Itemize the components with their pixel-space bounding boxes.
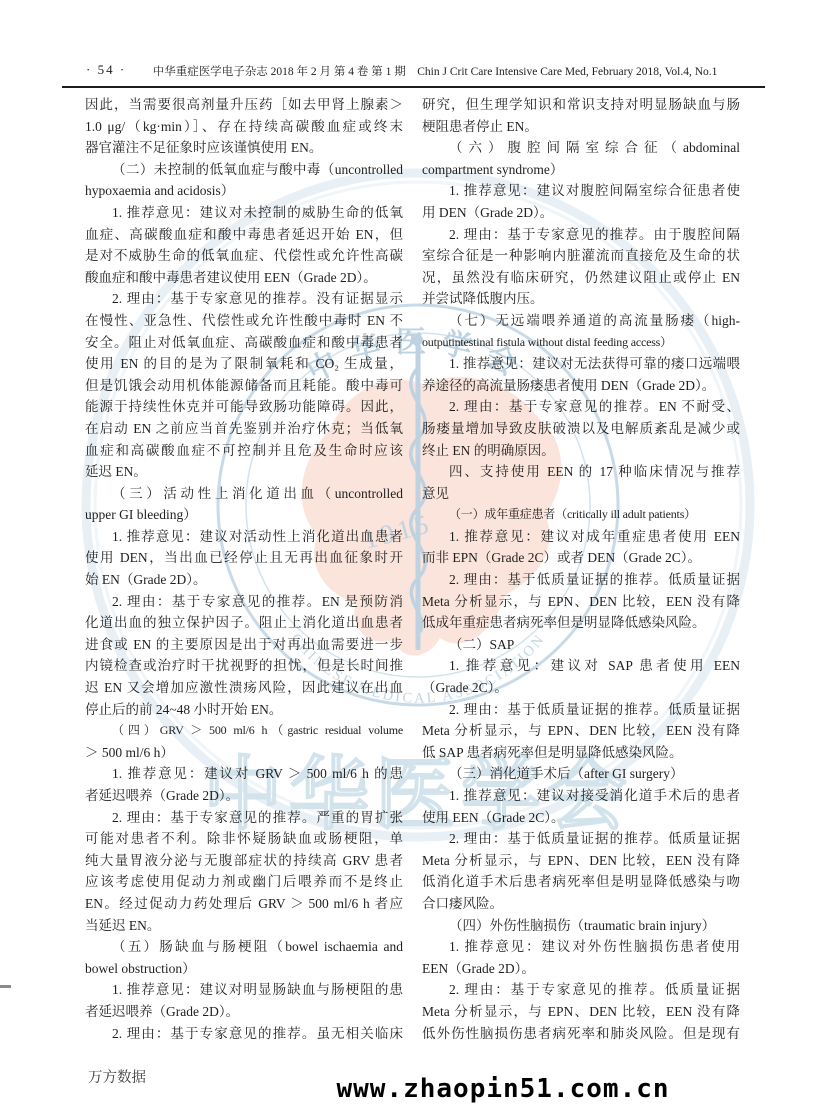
text-line: 研究，但生理学知识和常识支持对明显肠缺血与肠 (422, 94, 740, 116)
journal-page: · 54 · 中华重症医学电子杂志 2018 年 2 月 第 4 卷 第 1 期… (0, 0, 825, 1111)
text-line: 始 EN（Grade 2D）。 (85, 569, 403, 591)
wanfang-data-label: 万方数据 (88, 1066, 146, 1087)
text-line: （二）SAP (422, 634, 740, 656)
text-line: 2. 理由：基于低质量证据的推荐。低质量证据 (422, 828, 740, 850)
text-line: 四、支持使用 EEN 的 17 种临床情况与推荐 (422, 461, 740, 483)
text-line: upper GI bleeding） (85, 504, 403, 526)
text-line: 延迟 EN。 (85, 461, 403, 483)
text-line: 能源于持续性休克并可能导致肠功能障碍。因此， (85, 396, 403, 418)
text-line: 血症、高碳酸血症和酸中毒患者延迟开始 EN，但 (85, 224, 403, 246)
text-line: 1. 推荐意见：建议对外伤性脑损伤患者使用 (422, 936, 740, 958)
text-line: 纯大量胃液分泌与无腹部症状的持续高 GRV 患者 (85, 850, 403, 872)
text-line: 化道出血的独立保护因子。阻止上消化道出血患者 (85, 612, 403, 634)
page-number: · 54 · (86, 62, 126, 78)
text-line: 安全。阻止对低氧血症、高碳酸血症和酸中毒患者 (85, 332, 403, 354)
text-line: 1. 推荐意见：建议对无法获得可靠的瘘口远端喂 (422, 353, 740, 375)
text-line: 低成年重症患者病死率但是明显降低感染风险。 (422, 612, 740, 634)
scan-artifact-dash (0, 985, 11, 988)
text-line: 血症和高碳酸血症不可控制并且危及生命时应该 (85, 440, 403, 462)
text-line: 低外伤性脑损伤患者病死率和肺炎风险。但是现有 (422, 1023, 740, 1045)
text-line: Meta 分析显示，与 EPN、DEN 比较，EEN 没有降 (422, 720, 740, 742)
text-line: 室综合征是一种影响内脏灌流而直接危及生命的状 (422, 245, 740, 267)
text-line: 因此，当需要很高剂量升压药［如去甲肾上腺素＞ (85, 94, 403, 116)
text-line: 意见 (422, 483, 740, 505)
text-line: 使用 EN 的目的是为了限制氧耗和 CO₂ 生成量， (85, 353, 403, 375)
text-line: 1. 推荐意见：建议对 SAP 患者使用 EEN (422, 655, 740, 677)
text-line: Meta 分析显示，与 EPN、DEN 比较，EEN 没有降 (422, 850, 740, 872)
text-line: （三）活动性上消化道出血（uncontrolled (85, 483, 403, 505)
text-line: EN。经过促动力药处理后 GRV ＞ 500 ml/6 h 者应 (85, 893, 403, 915)
text-line: （七）无远端喂养通道的高流量肠瘘（high- (422, 310, 740, 332)
text-line: 进食或 EN 的主要原因是出于对再出血需要进一步 (85, 634, 403, 656)
text-line: 2. 理由：基于专家意见的推荐。EN 不耐受、 (422, 396, 740, 418)
text-line: （三）消化道手术后（after GI surgery） (422, 763, 740, 785)
text-line: 使用 DEN，当出血已经停止且无再出血征象时开 (85, 547, 403, 569)
text-line: 2. 理由：基于专家意见的推荐。低质量证据 (422, 979, 740, 1001)
text-line: 是对不威胁生命的低氧血症、代偿性或允许性高碳 (85, 245, 403, 267)
text-line: 低消化道手术后患者病死率但是明显降低感染与吻 (422, 871, 740, 893)
text-line: outputintestinal fistula without distal … (422, 332, 740, 354)
text-line: 2. 理由：基于专家意见的推荐。由于腹腔间隔 (422, 224, 740, 246)
text-line: bowel obstruction） (85, 958, 403, 980)
text-line: 2. 理由：基于专家意见的推荐。没有证据显示 (85, 288, 403, 310)
text-line: （Grade 2C）。 (422, 677, 740, 699)
text-line: 者延迟喂养（Grade 2D）。 (85, 1001, 403, 1023)
text-line: 终止 EN 的明确原因。 (422, 440, 740, 462)
text-line: 可能对患者不利。除非怀疑肠缺血或肠梗阻，单 (85, 828, 403, 850)
header-rule (62, 86, 765, 88)
text-line: 用 DEN（Grade 2D）。 (422, 202, 740, 224)
text-line: 迟 EN 又会增加应激性溃疡风险，因此建议在出血 (85, 677, 403, 699)
text-line: 1. 推荐意见：建议对成年重症患者使用 EEN (422, 526, 740, 548)
text-line: 而非 EPN（Grade 2C）或者 DEN（Grade 2C）。 (422, 547, 740, 569)
text-line: （一）成年重症患者（critically ill adult patients） (422, 504, 740, 526)
text-line: 内镜检查或治疗时干扰视野的担忧，但是长时间推 (85, 655, 403, 677)
text-line: （五）肠缺血与肠梗阻（bowel ischaemia and (85, 936, 403, 958)
text-line: 并尝试降低腹内压。 (422, 288, 740, 310)
text-line: 1. 推荐意见：建议对 GRV ＞ 500 ml/6 h 的患 (85, 763, 403, 785)
text-line: 梗阻患者停止 EN。 (422, 116, 740, 138)
text-line: 低 SAP 患者病死率但是明显降低感染风险。 (422, 742, 740, 764)
text-line: 2. 理由：基于低质量证据的推荐。低质量证据 (422, 569, 740, 591)
text-line: 况，虽然没有临床研究，仍然建议阻止或停止 EN (422, 267, 740, 289)
text-line: hypoxaemia and acidosis） (85, 180, 403, 202)
text-line: 2. 理由：基于专家意见的推荐。EN 是预防消 (85, 591, 403, 613)
right-column: 研究，但生理学知识和常识支持对明显肠缺血与肠梗阻患者停止 EN。（六）腹腔间隔室… (422, 94, 740, 1044)
text-line: ＞ 500 ml/6 h） (85, 742, 403, 764)
text-line: 2. 理由：基于专家意见的推荐。虽无相关临床 (85, 1023, 403, 1045)
text-line: （四）外伤性脑损伤（traumatic brain injury） (422, 915, 740, 937)
left-column: 因此，当需要很高剂量升压药［如去甲肾上腺素＞1.0 μg/（kg·min）］、存… (85, 94, 403, 1044)
watermark-url: www.zhaopin51.com.cn (336, 1074, 669, 1104)
text-line: 合口瘘风险。 (422, 893, 740, 915)
journal-title-line: 中华重症医学电子杂志 2018 年 2 月 第 4 卷 第 1 期 Chin J… (153, 63, 718, 79)
text-line: 者延迟喂养（Grade 2D）。 (85, 785, 403, 807)
text-line: 2. 理由：基于低质量证据的推荐。低质量证据 (422, 699, 740, 721)
text-line: Meta 分析显示，与 EPN、DEN 比较，EEN 没有降 (422, 1001, 740, 1023)
text-line: （六）腹腔间隔室综合征（abdominal (422, 137, 740, 159)
text-line: 当延迟 EN。 (85, 915, 403, 937)
text-line: 1. 推荐意见：建议对活动性上消化道出血患者 (85, 526, 403, 548)
text-line: 1. 推荐意见：建议对未控制的威胁生命的低氧 (85, 202, 403, 224)
text-line: 但是饥饿会动用机体能源储备而且耗能。酸中毒可 (85, 375, 403, 397)
text-line: 1. 推荐意见：建议对接受消化道手术后的患者 (422, 785, 740, 807)
text-line: 器官灌注不足征象时应该谨慎使用 EN。 (85, 137, 403, 159)
text-line: Meta 分析显示，与 EPN、DEN 比较，EEN 没有降 (422, 591, 740, 613)
text-line: 在慢性、亚急性、代偿性或允许性酸中毒时 EN 不 (85, 310, 403, 332)
text-line: 肠瘘量增加导致皮肤破溃以及电解质紊乱是减少或 (422, 418, 740, 440)
text-line: 酸血症和酸中毒患者建议使用 EEN（Grade 2D）。 (85, 267, 403, 289)
text-line: （二）未控制的低氧血症与酸中毒（uncontrolled (85, 159, 403, 181)
text-line: compartment syndrome） (422, 159, 740, 181)
text-line: 应该考虑使用促动力剂或幽门后喂养而不是终止 (85, 871, 403, 893)
text-line: 1.0 μg/（kg·min）］、存在持续高碳酸血症或终末 (85, 116, 403, 138)
text-line: 使用 EEN（Grade 2C）。 (422, 807, 740, 829)
text-line: 1. 推荐意见：建议对明显肠缺血与肠梗阻的患 (85, 979, 403, 1001)
text-line: EEN（Grade 2D）。 (422, 958, 740, 980)
text-line: 1. 推荐意见：建议对腹腔间隔室综合征患者使 (422, 180, 740, 202)
text-line: 在启动 EN 之前应当首先鉴别并治疗休克；当低氧 (85, 418, 403, 440)
text-line: （四）GRV ＞ 500 ml/6 h（gastric residual vol… (85, 720, 403, 742)
text-line: 养途径的高流量肠瘘患者使用 DEN（Grade 2D）。 (422, 375, 740, 397)
text-line: 2. 理由：基于专家意见的推荐。严重的胃扩张 (85, 807, 403, 829)
text-line: 停止后的前 24~48 小时开始 EN。 (85, 699, 403, 721)
